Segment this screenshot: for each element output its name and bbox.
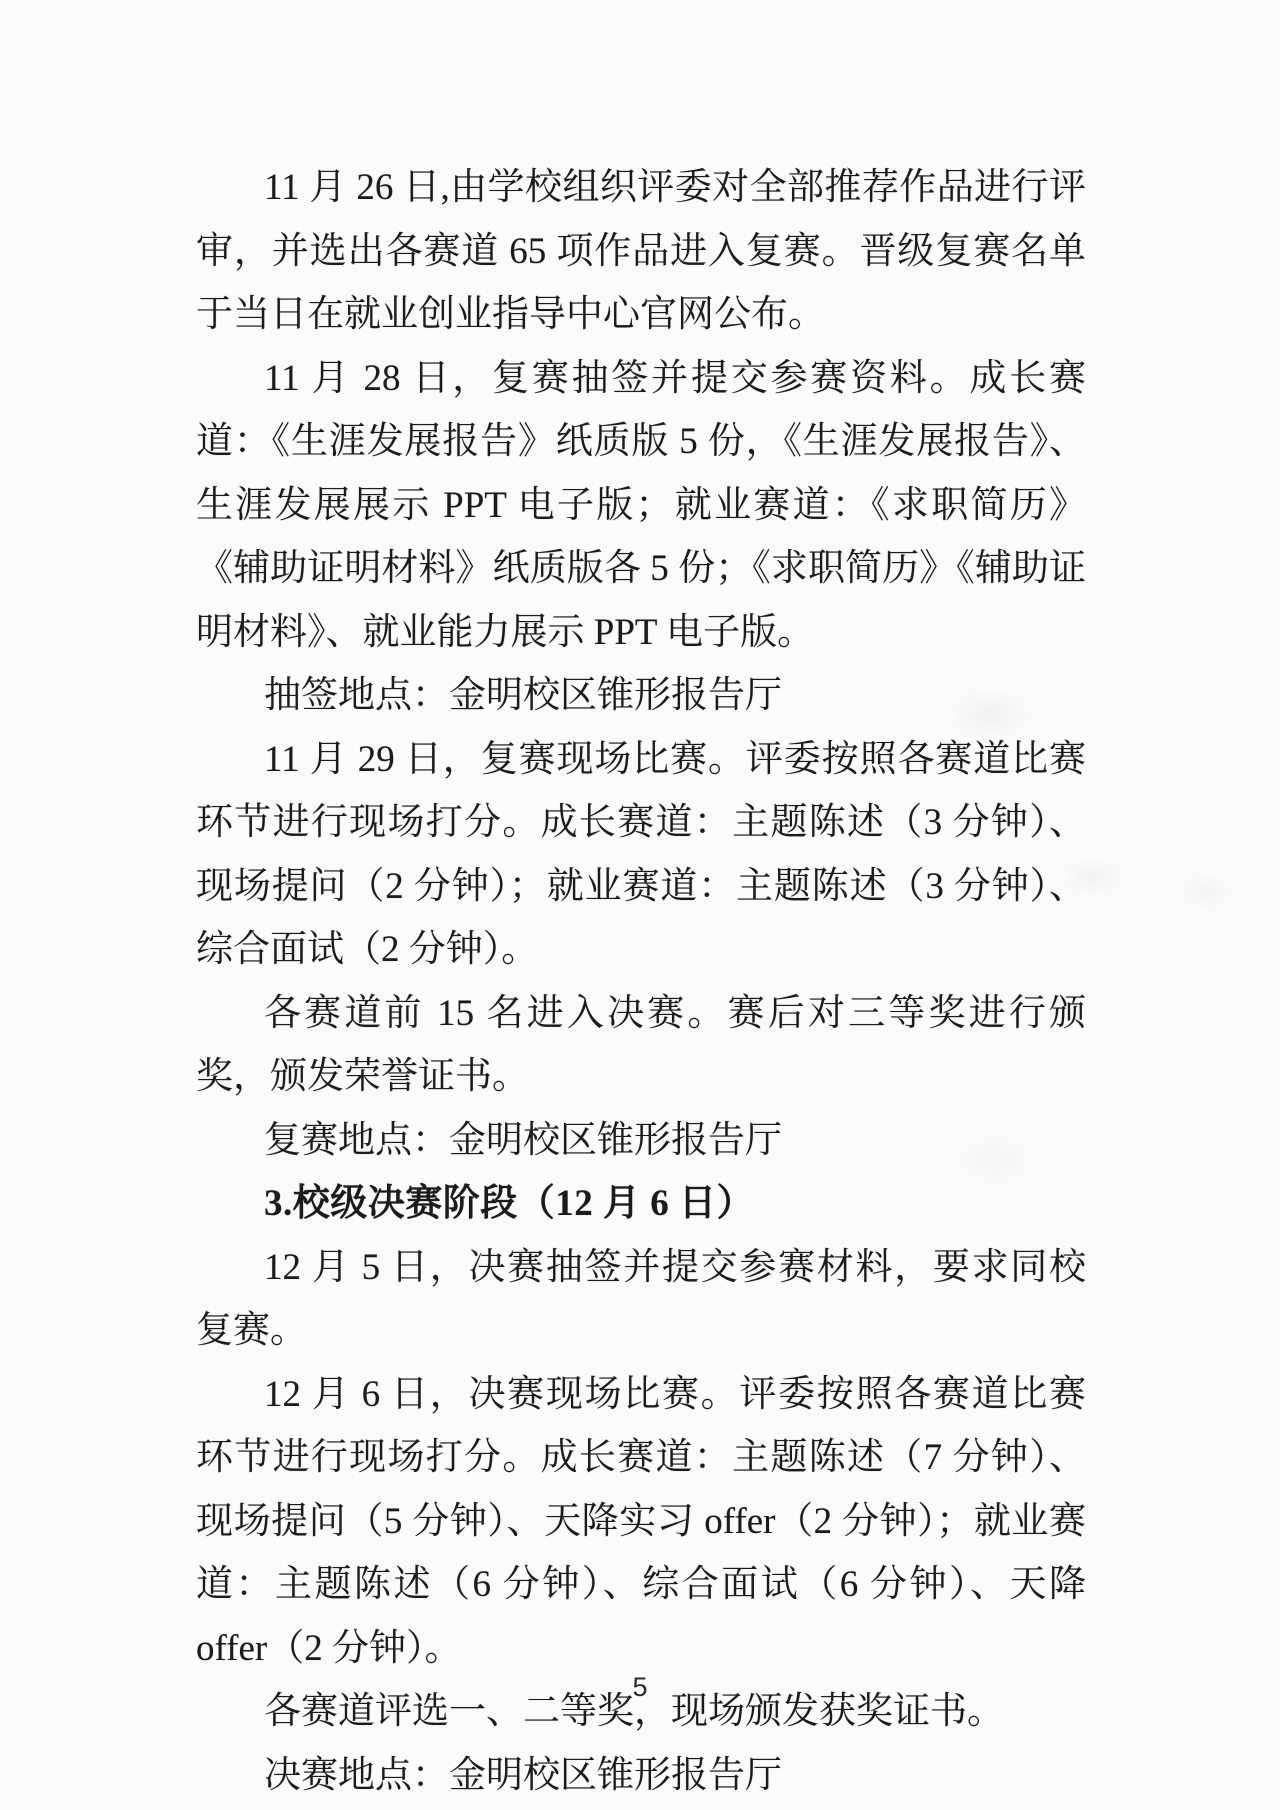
paragraph: 12 月 6 日，决赛现场比赛。评委按照各赛道比赛环节进行现场打分。成长赛道：主… xyxy=(196,1363,1086,1681)
paragraph: 11 月 26 日,由学校组织评委对全部推荐作品进行评审，并选出各赛道 65 项… xyxy=(196,156,1086,347)
paragraph: 各赛道前 15 名进入决赛。赛后对三等奖进行颁奖，颁发荣誉证书。 xyxy=(196,982,1086,1109)
paragraph: 11 月 28 日，复赛抽签并提交参赛资料。成长赛道：《生涯发展报告》纸质版 5… xyxy=(196,347,1086,665)
document-page: 11 月 26 日,由学校组织评委对全部推荐作品进行评审，并选出各赛道 65 项… xyxy=(0,0,1280,1810)
paragraph: 抽签地点：金明校区锥形报告厅 xyxy=(196,664,1086,728)
paragraph: 11 月 29 日，复赛现场比赛。评委按照各赛道比赛环节进行现场打分。成长赛道：… xyxy=(196,728,1086,982)
page-number: 5 xyxy=(0,1672,1280,1703)
paragraph: 12 月 5 日，决赛抽签并提交参赛材料，要求同校复赛。 xyxy=(196,1236,1086,1363)
document-text-block: 11 月 26 日,由学校组织评委对全部推荐作品进行评审，并选出各赛道 65 项… xyxy=(196,156,1086,1807)
paragraph: 决赛地点：金明校区锥形报告厅 xyxy=(196,1744,1086,1808)
paragraph: 复赛地点：金明校区锥形报告厅 xyxy=(196,1109,1086,1173)
section-heading: 3.校级决赛阶段（12 月 6 日） xyxy=(196,1172,1086,1236)
